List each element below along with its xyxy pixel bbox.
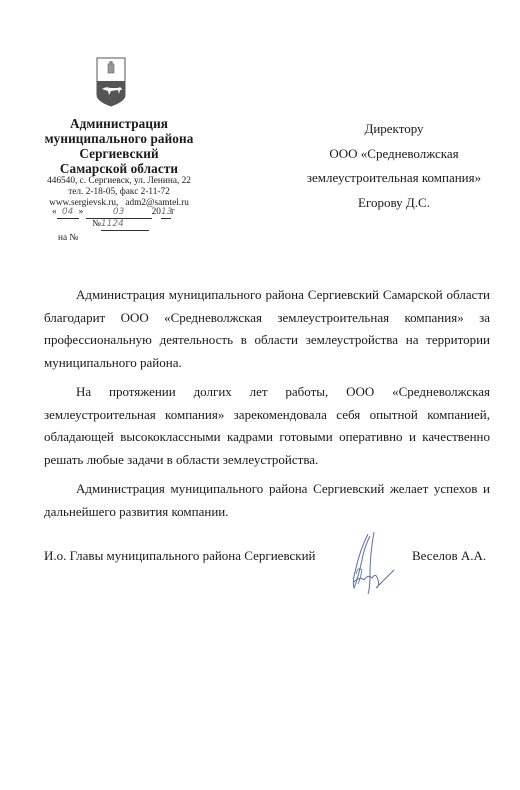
date-year-prefix: 20 bbox=[152, 207, 161, 217]
org-line: Администрация bbox=[30, 116, 208, 131]
addressee-line: землеустроительная компания» bbox=[280, 166, 508, 191]
org-address: 446540, с. Сергиевск, ул. Ленина, 22 bbox=[30, 176, 208, 187]
number-value: 1124 bbox=[101, 219, 149, 231]
org-contacts: 446540, с. Сергиевск, ул. Ленина, 22 тел… bbox=[30, 176, 208, 209]
date-day: 04 bbox=[57, 207, 79, 219]
date-quote: » bbox=[79, 207, 84, 217]
date-year-unit: г bbox=[171, 207, 175, 217]
addressee-line: Директору bbox=[280, 117, 508, 142]
signatory-position: И.о. Главы муниципального района Сергиев… bbox=[44, 548, 316, 564]
org-phones: тел. 2-18-05, факс 2-11-72 bbox=[30, 187, 208, 198]
signatory-name: Веселов А.А. bbox=[412, 548, 486, 564]
body-paragraph: Администрация муниципального района Серг… bbox=[44, 284, 490, 374]
addressee-line: Егорову Д.С. bbox=[280, 191, 508, 216]
org-line: Самарской области bbox=[30, 161, 208, 176]
handwritten-signature-icon bbox=[346, 530, 396, 596]
addressee: Директору ООО «Средневолжская землеустро… bbox=[280, 117, 508, 215]
number-label: № bbox=[92, 219, 101, 229]
body-paragraph: Администрация муниципального района Серг… bbox=[44, 478, 490, 523]
org-line: муниципального района bbox=[30, 131, 208, 146]
date-month: 03 bbox=[86, 207, 152, 219]
addressee-line: ООО «Средневолжская bbox=[280, 142, 508, 167]
date-year-suffix: 13 bbox=[161, 207, 171, 219]
outgoing-number: №1124 bbox=[92, 219, 149, 231]
reference-number-label: на № bbox=[58, 233, 78, 244]
org-line: Сергиевский bbox=[30, 146, 208, 161]
org-name: Администрация муниципального района Серг… bbox=[30, 116, 208, 176]
outgoing-date: «04» 032013г bbox=[52, 207, 222, 219]
coat-of-arms-icon bbox=[96, 57, 126, 107]
letter-body: Администрация муниципального района Серг… bbox=[44, 284, 490, 530]
body-paragraph: На протяжении долгих лет работы, ООО «Ср… bbox=[44, 381, 490, 471]
